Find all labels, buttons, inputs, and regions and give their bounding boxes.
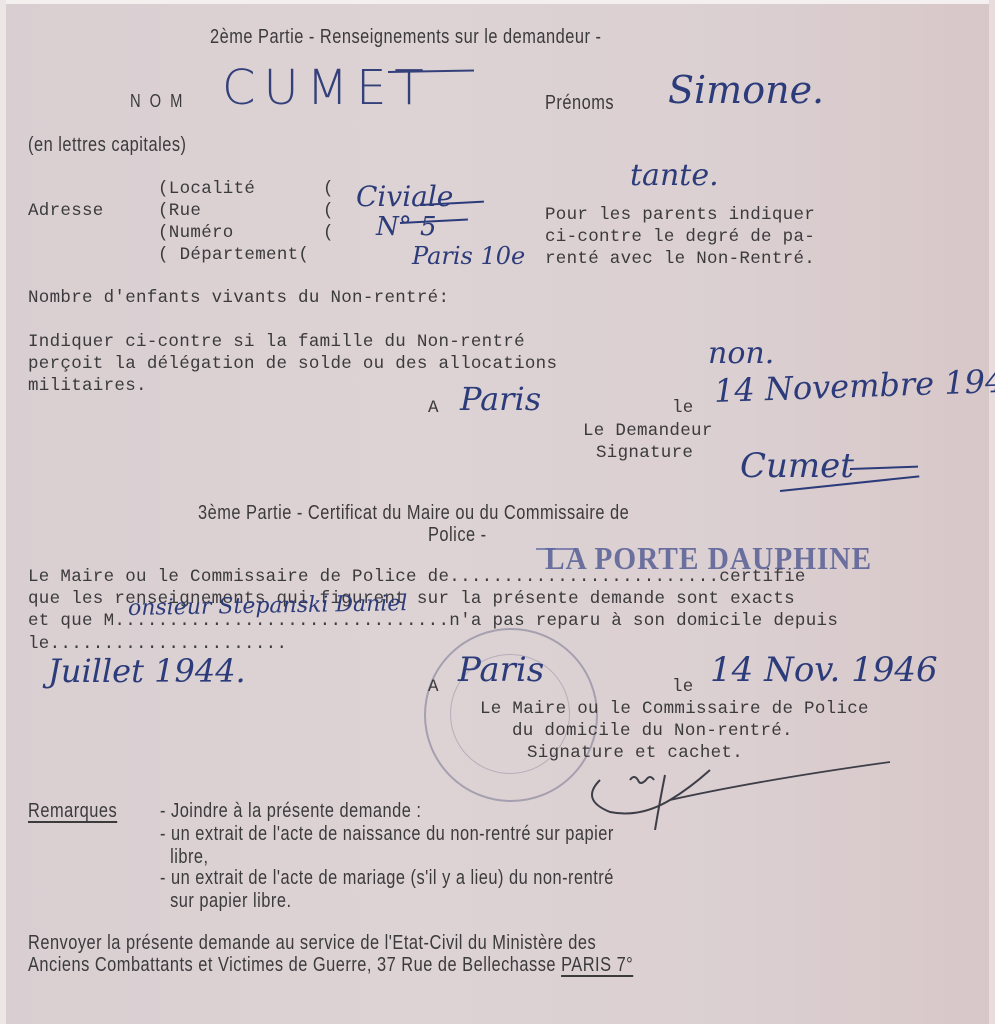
- nom-label: N O M: [130, 90, 185, 112]
- part3-person-value: onsieur Stepanski Daniel: [128, 591, 408, 621]
- footer-line1: Renvoyer la présente demande au service …: [28, 932, 596, 954]
- remarques-line-1: - Joindre à la présente demande :: [160, 800, 421, 822]
- parente-instruction-2: ci-contre le degré de pa-: [545, 226, 815, 248]
- footer-line2-prefix: Anciens Combattants et Victimes de Guerr…: [28, 954, 561, 976]
- stamp-mark: [536, 548, 576, 550]
- part2-signer-title: Le Demandeur: [583, 420, 713, 442]
- part2-date-prefix: le: [672, 397, 694, 419]
- part3-place-prefix: A: [428, 676, 439, 698]
- remarques-line-3: libre,: [160, 846, 209, 868]
- address-paren-3: (: [323, 222, 334, 244]
- footer-line2: Anciens Combattants et Victimes de Guerr…: [28, 954, 633, 976]
- enfants-label: Nombre d'enfants vivants du Non-rentré:: [28, 287, 449, 309]
- paper-edge-right: [989, 0, 995, 1024]
- allocations-label-1: Indiquer ci-contre si la famille du Non-…: [28, 331, 525, 353]
- paper-edge-left: [0, 0, 6, 1024]
- part2-signature-label: Signature: [596, 442, 693, 464]
- capitales-note: (en lettres capitales): [28, 134, 186, 156]
- parente-instruction-1: Pour les parents indiquer: [545, 204, 815, 226]
- document-page: 2ème Partie - Renseignements sur le dema…: [0, 0, 995, 1024]
- adresse-label: Adresse: [28, 200, 104, 222]
- address-paren-1: (: [323, 178, 334, 200]
- address-paren-2: (: [323, 200, 334, 222]
- parente-instruction-3: renté avec le Non-Rentré.: [545, 248, 815, 270]
- part3-signer-line2: du domicile du Non-rentré.: [512, 720, 793, 742]
- part2-signature-value: Cumet: [740, 446, 854, 486]
- remarques-line-4: - un extrait de l'acte de mariage (s'il …: [160, 867, 614, 889]
- address-label-localite: (Localité: [158, 178, 255, 200]
- official-signature: [560, 740, 900, 830]
- prenoms-value: Simone.: [668, 68, 824, 112]
- part3-place-value: Paris: [458, 650, 544, 690]
- address-label-numero: (Numéro: [158, 222, 234, 244]
- allocations-label-2: perçoit la délégation de solde ou des al…: [28, 353, 557, 375]
- part3-heading-line2: Police -: [428, 524, 487, 546]
- part3-since-value: Juillet 1944.: [48, 652, 246, 690]
- allocations-label-3: militaires.: [28, 375, 147, 397]
- remarques-line-2: - un extrait de l'acte de naissance du n…: [160, 823, 614, 845]
- part2-heading: 2ème Partie - Renseignements sur le dema…: [210, 26, 601, 48]
- address-label-rue: (Rue: [158, 200, 201, 222]
- part2-place-value: Paris: [460, 380, 541, 418]
- part3-signer-line1: Le Maire ou le Commissaire de Police: [480, 698, 869, 720]
- prenoms-label: Prénoms: [545, 92, 614, 114]
- paper-edge-top: [0, 0, 995, 4]
- nom-value: CUMET: [222, 60, 432, 116]
- signature-flourish: [850, 466, 918, 470]
- allocations-value: non.: [708, 336, 774, 371]
- address-numero-value: N° 5: [376, 212, 437, 242]
- commissariat-stamp: LA PORTE DAUPHINE: [545, 540, 872, 577]
- footer-city: PARIS 7°: [561, 954, 633, 976]
- part3-heading-line1: 3ème Partie - Certificat du Maire ou du …: [198, 502, 629, 524]
- parente-value: tante.: [630, 158, 719, 193]
- part3-date-value: 14 Nov. 1946: [710, 650, 938, 690]
- part2-place-prefix: A: [428, 397, 439, 419]
- address-label-departement: ( Département(: [158, 244, 309, 266]
- part3-date-prefix: le: [672, 676, 694, 698]
- remarques-line-5: sur papier libre.: [160, 890, 291, 912]
- address-rue-value: Civiale: [356, 180, 453, 213]
- address-departement-value: Paris 10e: [412, 242, 525, 270]
- remarques-label: Remarques: [28, 800, 117, 822]
